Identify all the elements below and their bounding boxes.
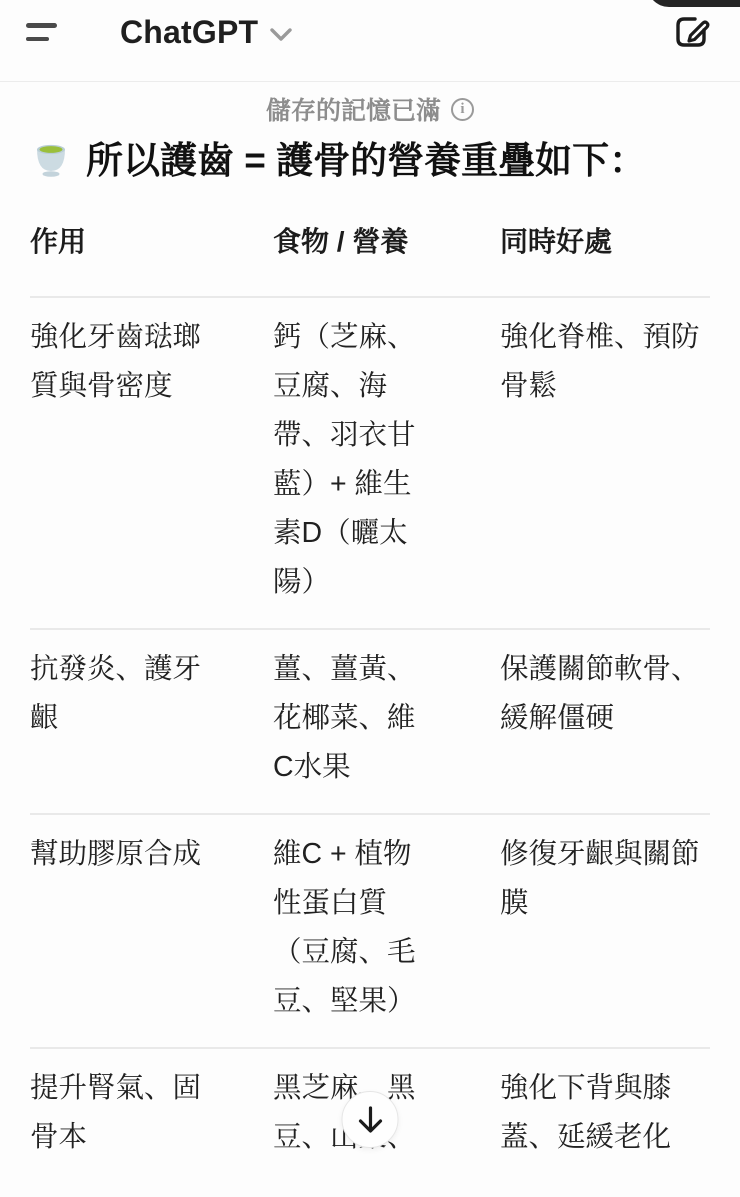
info-icon[interactable]: i (451, 98, 474, 121)
cell-function: 提升腎氣、固骨本 (30, 1049, 273, 1183)
cell-function: 幫助膠原合成 (30, 815, 273, 1047)
memory-full-notice: 儲存的記憶已滿 i (0, 91, 740, 127)
sidebar-menu-icon[interactable] (26, 8, 74, 56)
cell-function: 抗發炎、護牙齦 (30, 630, 273, 813)
app-bar: ChatGPT (0, 0, 740, 82)
chatgpt-mobile-screen: ChatGPT 儲存的記憶已滿 i 所以護齒 = 護骨的營養重疊如下： (0, 0, 740, 1197)
cell-benefit: 強化脊椎、預防骨鬆 (500, 298, 710, 628)
arrow-down-icon (356, 1105, 384, 1135)
nutrition-table: 作用 食物 / 營養 同時好處 強化牙齒琺瑯質與骨密度 鈣（芝麻、豆腐、海帶、羽… (30, 203, 710, 1183)
new-chat-button[interactable] (668, 8, 716, 56)
column-header-food: 食物 / 營養 (273, 203, 500, 296)
cell-benefit: 修復牙齦與關節膜 (500, 815, 710, 1047)
message-title-text: 所以護齒 = 護骨的營養重疊如下： (86, 140, 646, 181)
message-title: 所以護齒 = 護骨的營養重疊如下： (30, 133, 690, 189)
teacup-emoji-icon (30, 137, 72, 179)
column-header-benefit: 同時好處 (500, 203, 710, 296)
screen-corner-overlay (647, 0, 740, 7)
cell-food: 鈣（芝麻、豆腐、海帶、羽衣甘藍）+ 維生素D（曬太陽） (273, 298, 500, 628)
table-body: 強化牙齒琺瑯質與骨密度 鈣（芝麻、豆腐、海帶、羽衣甘藍）+ 維生素D（曬太陽） … (30, 296, 710, 1183)
cell-food: 薑、薑黃、花椰菜、維C水果 (273, 630, 500, 813)
cell-benefit: 保護關節軟骨、緩解僵硬 (500, 630, 710, 813)
cell-benefit: 強化下背與膝蓋、延緩老化 (500, 1049, 710, 1183)
table-header: 作用 食物 / 營養 同時好處 (30, 203, 710, 296)
table-row: 幫助膠原合成 維C + 植物性蛋白質（豆腐、毛豆、堅果） 修復牙齦與關節膜 (30, 813, 710, 1047)
cell-function: 強化牙齒琺瑯質與骨密度 (30, 298, 273, 628)
table-row: 抗發炎、護牙齦 薑、薑黃、花椰菜、維C水果 保護關節軟骨、緩解僵硬 (30, 628, 710, 813)
table-row: 強化牙齒琺瑯質與骨密度 鈣（芝麻、豆腐、海帶、羽衣甘藍）+ 維生素D（曬太陽） … (30, 296, 710, 628)
memory-full-text: 儲存的記憶已滿 (266, 91, 441, 127)
compose-icon (671, 11, 713, 53)
scroll-to-bottom-button[interactable] (342, 1091, 399, 1148)
cell-food: 維C + 植物性蛋白質（豆腐、毛豆、堅果） (273, 815, 500, 1047)
column-header-function: 作用 (30, 203, 273, 296)
app-title: ChatGPT (120, 14, 258, 51)
chevron-down-icon (270, 28, 292, 42)
model-selector[interactable]: ChatGPT (120, 0, 292, 64)
